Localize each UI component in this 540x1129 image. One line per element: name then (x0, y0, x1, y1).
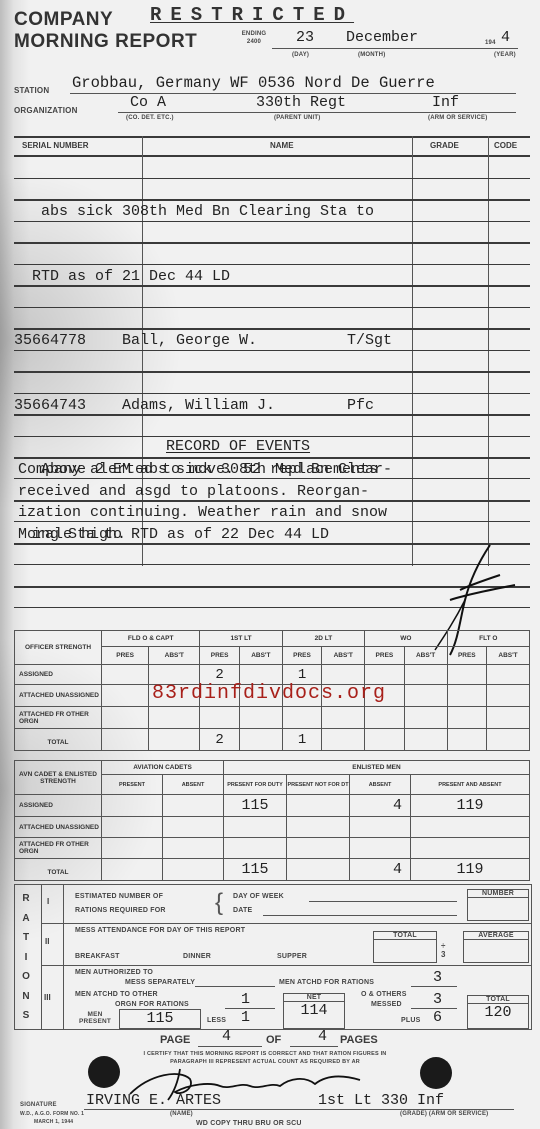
brace-icon: { (215, 889, 223, 917)
event-line: received and asgd to platoons. Reorgan- (18, 481, 387, 503)
page-label: PAGE (160, 1034, 190, 1046)
entry-line: RTD as of 21 Dec 44 LD (14, 266, 392, 288)
form-id: W.D., A.G.O. FORM NO. 1 (20, 1111, 84, 1117)
signature-label: SIGNATURE (20, 1102, 57, 1108)
mess-total-box: TOTAL (373, 931, 437, 963)
col-grade: GRADE (430, 141, 459, 150)
col-code: CODE (494, 141, 517, 150)
report-day: 23 (296, 29, 314, 46)
sub-pres: PRES (200, 647, 240, 665)
event-line: Morale high. (18, 524, 387, 546)
page-total: 4 (318, 1028, 327, 1045)
year-prefix: 194 (485, 40, 496, 46)
net-box: NET 114 (283, 993, 345, 1029)
enlisted-row-total: TOTAL 115 4 119 (15, 859, 530, 881)
rations-section: RATIONS I ESTIMATED NUMBER OF RATIONS RE… (14, 884, 532, 1030)
of-label: OF (266, 1034, 281, 1046)
form-date: MARCH 1, 1944 (34, 1119, 73, 1125)
enlisted-strength-title: AVN CADET & ENLISTED STRENGTH (15, 761, 102, 795)
signer-name: IRVING E. ARTES (86, 1092, 221, 1109)
entry-line: 35664743 Adams, William J. Pfc (14, 395, 392, 417)
sec3-numeral: III (44, 993, 51, 1002)
average-box: AVERAGE (463, 931, 529, 963)
record-of-events-body: Company alerted to move. 52 replacements… (18, 459, 387, 545)
pages-label: PAGES (340, 1034, 378, 1046)
organization-label: ORGANIZATION (14, 106, 78, 115)
rations-total-box: TOTAL 120 (467, 995, 529, 1029)
net-value: 114 (284, 1002, 344, 1019)
entry-line: abs sick 308th Med Bn Clearing Sta to (14, 201, 392, 223)
less-value: 1 (241, 1009, 250, 1026)
station-label: STATION (14, 86, 49, 95)
punch-hole-left (88, 1056, 120, 1088)
name-caption: (NAME) (170, 1111, 193, 1117)
officer-row-attached-other: ATTACHED FR OTHER ORGN (15, 707, 530, 729)
col-name: NAME (270, 141, 294, 150)
sub-abst: ABS'T (149, 647, 200, 665)
copy-note: WD COPY THRU BRU OR SCU (196, 1120, 302, 1127)
sub-pres: PRES (365, 647, 405, 665)
sec2-numeral: II (45, 937, 49, 946)
plus-value: 6 (433, 1009, 442, 1026)
enlisted-row-attached-unassigned: ATTACHED UNASSIGNED (15, 817, 530, 838)
sub-abst: ABS'T (404, 647, 447, 665)
group-2d-lt: 2D LT (282, 631, 364, 647)
sub-pres: PRES (282, 647, 322, 665)
sec1-numeral: I (47, 897, 49, 906)
group-1st-lt: 1ST LT (200, 631, 282, 647)
signer-grade: 1st Lt 330 Inf (318, 1092, 444, 1109)
men-atchd-other-orgn: 1 (241, 991, 250, 1008)
sub-abst: ABS'T (239, 647, 282, 665)
group-fld-o-capt: FLD O & CAPT (102, 631, 200, 647)
sub-abst: ABS'T (487, 647, 530, 665)
org-unit: Co A (130, 94, 166, 111)
watermark-text: 83rdinfdivdocs.org (152, 682, 386, 705)
classification-stamp: RESTRICTED (150, 4, 354, 26)
month-caption: (MONTH) (358, 52, 385, 58)
group-enlisted-men: ENLISTED MEN (224, 761, 530, 775)
grade-caption: (GRADE) (ARM OR SERVICE) (400, 1111, 488, 1117)
station-value: Grobbau, Germany WF 0536 Nord De Guerre (72, 74, 435, 92)
officer-strength-title: OFFICER STRENGTH (15, 631, 102, 665)
col-serial-number: SERIAL NUMBER (22, 141, 89, 150)
parent-caption: (PARENT UNIT) (274, 115, 320, 121)
org-parent: 330th Regt (256, 94, 346, 111)
enlisted-row-attached-other: ATTACHED FR OTHER ORGN (15, 838, 530, 859)
report-title: MORNING REPORT (14, 32, 197, 52)
number-box: NUMBER (467, 889, 529, 921)
men-atchd-for-rations: 3 (433, 969, 442, 986)
sub-abst: ABS'T (322, 647, 365, 665)
unit-caption: (CO. DET. ETC.) (126, 115, 174, 121)
record-of-events-title: RECORD OF EVENTS (166, 438, 310, 455)
year-caption: (YEAR) (494, 52, 516, 58)
group-wo: WO (365, 631, 447, 647)
rations-side-label: RATIONS (19, 889, 33, 1026)
group-flt-o: FLT O (447, 631, 529, 647)
rations-total-value: 120 (468, 1004, 528, 1021)
group-aviation-cadets: AVIATION CADETS (102, 761, 224, 775)
report-month: December (346, 29, 418, 46)
men-present-value: 115 (119, 1009, 201, 1029)
company-label: COMPANY (14, 10, 113, 30)
sub-pres: PRES (447, 647, 487, 665)
punch-hole-right (420, 1057, 452, 1089)
report-year: 4 (501, 29, 510, 46)
day-caption: (DAY) (292, 52, 309, 58)
enlisted-strength-table: AVN CADET & ENLISTED STRENGTH AVIATION C… (14, 760, 530, 881)
arm-caption: (ARM OR SERVICE) (428, 115, 487, 121)
org-arm: Inf (432, 94, 459, 111)
enlisted-row-assigned: ASSIGNED 115 4 119 (15, 795, 530, 817)
officer-row-total: TOTAL 2 1 (15, 729, 530, 751)
entry-line: 35664778 Ball, George W. T/Sgt (14, 330, 392, 352)
ending-label: ENDING 2400 (240, 30, 268, 46)
page-number: 4 (222, 1028, 231, 1045)
sub-pres: PRES (102, 647, 149, 665)
officers-messed: 3 (433, 991, 442, 1008)
